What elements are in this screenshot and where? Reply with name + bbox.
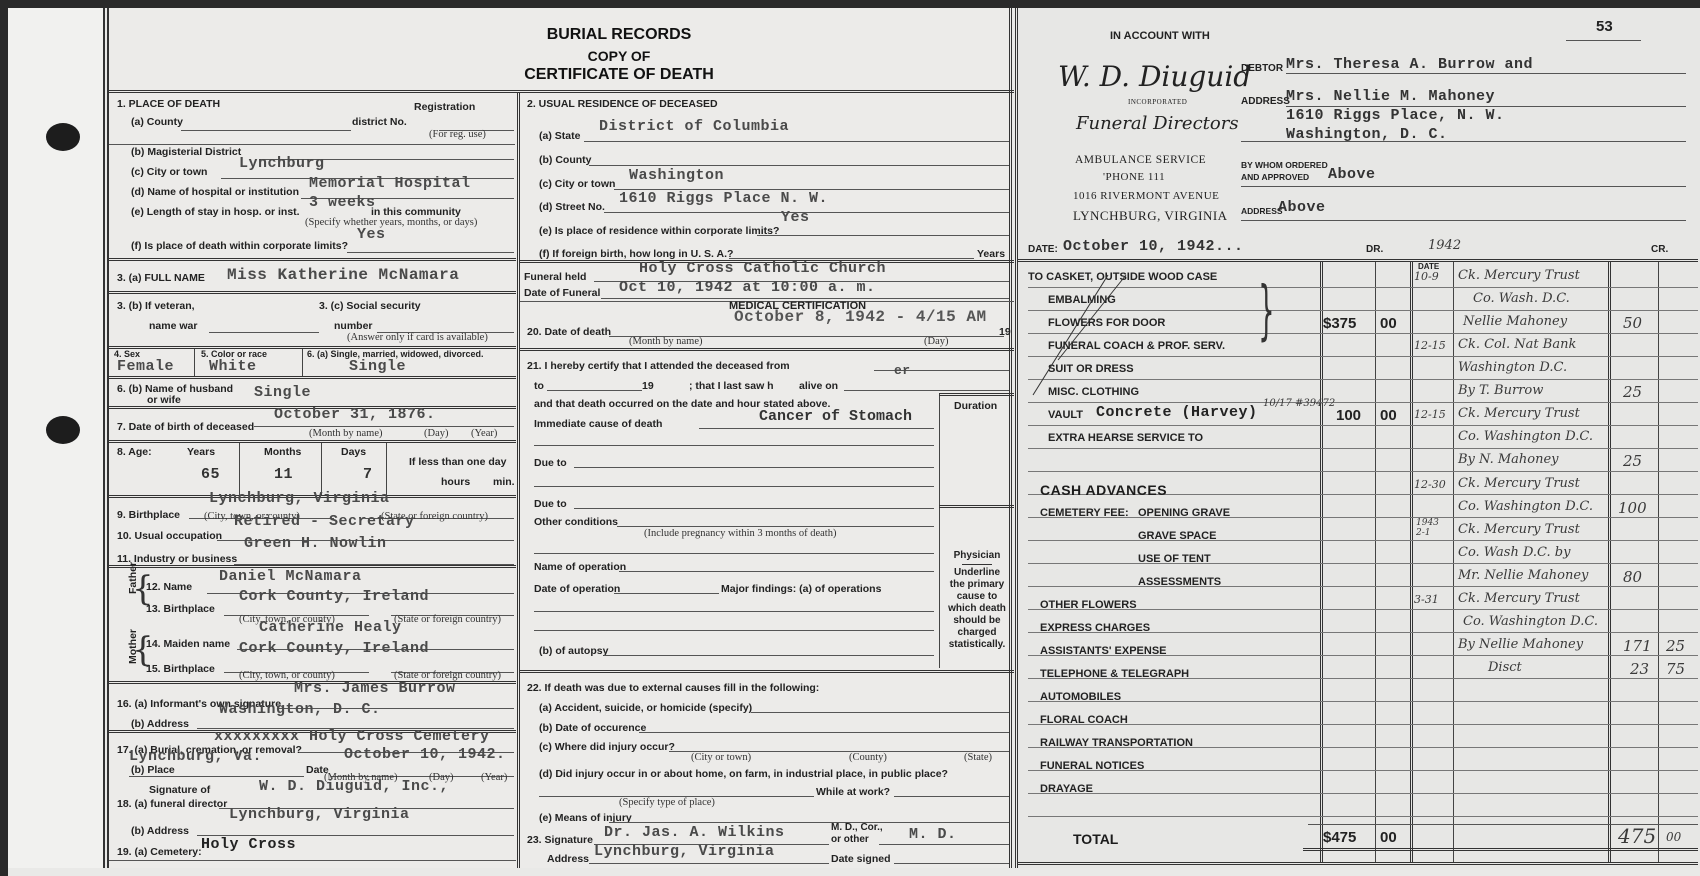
firm-incorporated: INCORPORATED xyxy=(1128,98,1187,106)
credit-amount: 25 xyxy=(1623,452,1642,470)
debtor-value: Mrs. Theresa A. Burrow and xyxy=(1286,56,1533,73)
birthplace-value: Lynchburg, Virginia xyxy=(209,490,390,507)
war-label: name war xyxy=(149,320,197,332)
stay-label: (e) Length of stay in hosp. or inst. xyxy=(131,206,300,218)
funeral-held-label: Funeral held xyxy=(524,271,586,283)
firm-phone: 'PHONE 111 xyxy=(1103,171,1165,183)
occupation-label: 10. Usual occupation xyxy=(117,530,222,542)
credit-desc: By N. Mahoney xyxy=(1458,452,1559,467)
residence-county-label: (b) County xyxy=(539,154,592,166)
credit-desc: Washington D.C. xyxy=(1458,360,1567,375)
credit-date: 12-30 xyxy=(1414,478,1446,491)
spouse-value: Single xyxy=(254,384,311,401)
title-certificate: CERTIFICATE OF DEATH xyxy=(419,66,819,84)
debtor-label: DEBTOR xyxy=(1241,63,1283,74)
total-label: TOTAL xyxy=(1073,831,1118,847)
district-label: district No. xyxy=(352,116,407,128)
document-scan: BURIAL RECORDS COPY OF CERTIFICATE OF DE… xyxy=(8,8,1700,876)
bracket-icon: } xyxy=(1258,271,1274,351)
advance-item: EXPRESS CHARGES xyxy=(1040,622,1150,634)
address-label: ADDRESS xyxy=(1241,96,1290,107)
ledger-rule xyxy=(1028,540,1698,541)
stay-note: (Specify whether years, months, or days) xyxy=(305,217,477,228)
credit-desc: Co. Washington D.C. xyxy=(1463,614,1598,629)
credit-date: 12-15 xyxy=(1414,339,1446,352)
punch-hole-icon xyxy=(46,123,80,151)
md-value: M. D. xyxy=(909,826,957,843)
op-date-label: Date of operation xyxy=(534,583,620,595)
address-line: Mrs. Nellie M. Mahoney xyxy=(1286,88,1495,105)
age-label: 8. Age: xyxy=(117,446,152,458)
spouse-label-2: or wife xyxy=(147,394,181,406)
md-label: M. D., Cor., xyxy=(831,822,883,833)
credit-date: 1943 2-1 xyxy=(1416,518,1446,538)
punch-hole-icon xyxy=(46,416,80,444)
director-label-2: 18. (a) funeral director xyxy=(117,798,227,810)
sub-month: (Month by name) xyxy=(309,428,383,439)
residence-corporate-label: (e) Is place of residence within corpora… xyxy=(539,225,779,237)
charge-item: EXTRA HEARSE SERVICE TO xyxy=(1048,432,1203,444)
date-signed-label: Date signed xyxy=(831,853,891,865)
dr-cents: 00 xyxy=(1380,407,1397,424)
advance-item: ASSISTANTS' EXPENSE xyxy=(1040,645,1167,657)
credit-desc: By T. Burrow xyxy=(1458,383,1543,398)
ordered-label: BY WHOM ORDERED xyxy=(1241,160,1328,170)
father-birthplace-value: Cork County, Ireland xyxy=(239,588,429,605)
external-a-label: (a) Accident, suicide, or homicide (spec… xyxy=(539,702,752,714)
sex-value: Female xyxy=(117,358,174,375)
physician-address-label: Address xyxy=(547,853,589,865)
city-label: (c) City or town xyxy=(131,166,207,178)
external-heading: 22. If death was due to external causes … xyxy=(527,682,819,694)
md-label-2: or other xyxy=(831,834,869,845)
autopsy-label: (b) of autopsy xyxy=(539,645,608,657)
total-dr-cents: 00 xyxy=(1380,829,1397,846)
age-days-value: 7 xyxy=(363,466,373,483)
sub-day: (Day) xyxy=(924,336,949,347)
ordered-value: Above xyxy=(1328,166,1376,183)
director-address-value: Lynchburg, Virginia xyxy=(229,806,410,823)
section-label: 1. PLACE OF DEATH xyxy=(117,98,220,110)
min-label: min. xyxy=(493,476,515,488)
advance-item: FUNERAL NOTICES xyxy=(1040,760,1144,772)
alive-label: alive on xyxy=(799,380,838,392)
ambulance-service: AMBULANCE SERVICE xyxy=(1075,154,1206,166)
residence-corporate-value: Yes xyxy=(781,209,810,226)
title-copy-of: COPY OF xyxy=(469,48,769,64)
street-value: 1610 Riggs Place N. W. xyxy=(619,190,828,207)
page-number: 53 xyxy=(1596,18,1613,35)
binding-stub xyxy=(8,8,105,868)
funeral-held-value: Holy Cross Catholic Church xyxy=(639,260,886,277)
director-value: W. D. Diuguid, Inc., xyxy=(259,778,449,795)
credit-cents: 75 xyxy=(1666,660,1685,678)
charge-item: VAULT xyxy=(1048,409,1083,421)
ledger-rule xyxy=(1028,701,1698,702)
credit-desc: Ck. Mercury Trust xyxy=(1458,268,1580,283)
father-birthplace-label: 13. Birthplace xyxy=(146,603,215,615)
advance-item: AUTOMOBILES xyxy=(1040,691,1121,703)
date-value: October 10, 1942... xyxy=(1063,238,1244,255)
stay-value: 3 weeks xyxy=(309,194,376,211)
burial-place-value: Lynchburg, Va. xyxy=(129,748,262,765)
findings-label: Major findings: (a) of operations xyxy=(721,583,881,595)
ledger-rule xyxy=(1028,471,1698,472)
county-label: (a) County xyxy=(131,116,183,128)
industry-value: Green H. Nowlin xyxy=(244,535,387,552)
credit-desc: Co. Wash. D.C. xyxy=(1473,291,1570,306)
sub-state: (State or foreign country) xyxy=(394,614,501,625)
strikethrough-icon xyxy=(1018,270,1138,400)
advance-sub: OPENING GRAVE xyxy=(1138,507,1230,519)
sub-month: (Month by name) xyxy=(629,336,703,347)
external-b-label: (b) Date of occurence xyxy=(539,722,646,734)
months-label: Months xyxy=(264,446,301,458)
sub-year: (Year) xyxy=(481,772,507,783)
reg-note: (For reg. use) xyxy=(429,129,486,140)
firm-tagline: Funeral Directors xyxy=(1076,113,1239,134)
informant-value: Mrs. James Burrow xyxy=(294,680,456,697)
credit-amount: 23 xyxy=(1630,660,1649,678)
credit-amount: 50 xyxy=(1623,314,1642,332)
informant-address-label: (b) Address xyxy=(131,718,189,730)
funeral-account: IN ACCOUNT WITH 53 W. D. Diuguid INCORPO… xyxy=(1015,8,1700,868)
city-value: Lynchburg xyxy=(239,155,325,172)
residence-city-label: (c) City or town xyxy=(539,178,615,190)
director-label: Signature of xyxy=(149,784,210,796)
mother-name-value: Catherine Healy xyxy=(259,619,402,636)
credit-desc: Ck. Mercury Trust xyxy=(1458,476,1580,491)
director-address-label: (b) Address xyxy=(131,825,189,837)
residence-section-label: 2. USUAL RESIDENCE OF DECEASED xyxy=(527,98,718,110)
year-label: 1942 xyxy=(1428,238,1461,253)
ledger-rule xyxy=(1028,724,1698,725)
sub-place: (Specify type of place) xyxy=(619,797,715,808)
credit-desc: Co. Washington D.C. xyxy=(1458,429,1593,444)
credit-desc: Ck. Mercury Trust xyxy=(1458,522,1580,537)
credit-amount: 171 xyxy=(1623,637,1652,655)
days-label: Days xyxy=(341,446,366,458)
cr-label: CR. xyxy=(1651,244,1668,255)
ledger-rule xyxy=(1028,586,1698,587)
hours-label: hours xyxy=(441,476,470,488)
address2-value: Above xyxy=(1278,199,1326,216)
marital-value: Single xyxy=(349,358,406,375)
years-suffix: Years xyxy=(977,248,1005,260)
hospital-label: (d) Name of hospital or institution xyxy=(131,186,299,198)
advance-item: CEMETERY FEE: xyxy=(1040,507,1129,519)
informant-address-value: Washington, D. C. xyxy=(219,701,381,718)
ledger-rule xyxy=(1028,563,1698,564)
physician-address-value: Lynchburg, Virginia xyxy=(594,843,775,860)
advance-sub: ASSESSMENTS xyxy=(1138,576,1221,588)
burial-place-label: (b) Place xyxy=(131,764,175,776)
physician-note: Physician Underline the primary cause to… xyxy=(941,550,1013,651)
father-name-label: 12. Name xyxy=(146,581,192,593)
dod-label: 20. Date of death xyxy=(527,326,611,338)
occupation-value: Retired - Secretary xyxy=(234,513,415,530)
dod-19: 19 xyxy=(999,326,1011,338)
years-label: Years xyxy=(187,446,215,458)
dr-amount: 100 xyxy=(1336,407,1361,424)
credit-date: 10-9 xyxy=(1414,270,1439,283)
physician-signature-value: Dr. Jas. A. Wilkins xyxy=(604,824,785,841)
advance-item: FLORAL COACH xyxy=(1040,714,1128,726)
due-to-label: Due to xyxy=(534,498,567,510)
to-19: 19 xyxy=(642,380,654,392)
other-note: (Include pregnancy within 3 months of de… xyxy=(644,528,836,539)
approved-label: AND APPROVED xyxy=(1241,172,1309,182)
address-line: 1610 Riggs Place, N. W. xyxy=(1286,107,1505,124)
certify-label: 21. I hereby certify that I attended the… xyxy=(527,360,790,372)
ledger-rule xyxy=(1028,793,1698,794)
race-value: White xyxy=(209,358,257,375)
street-label: (d) Street No. xyxy=(539,201,605,213)
firm-name: W. D. Diuguid xyxy=(1058,60,1251,93)
ledger-rule xyxy=(1028,402,1698,403)
dob-label: 7. Date of birth of deceased xyxy=(117,421,254,433)
credit-desc: Nellie Mahoney xyxy=(1463,314,1567,329)
total-cr: 475 xyxy=(1618,824,1656,848)
other-label: Other conditions xyxy=(534,516,618,528)
credit-desc: Co. Wash D.C. by xyxy=(1458,545,1570,560)
dr-amount: $375 xyxy=(1323,315,1356,332)
corporate-label: (f) Is place of death within corporate l… xyxy=(131,240,348,252)
physician-signature-label: 23. Signature xyxy=(527,834,593,846)
ssn-label: 3. (c) Social security xyxy=(319,300,421,312)
cause-label: Immediate cause of death xyxy=(534,418,662,430)
magisterial-label: (b) Magisterial District xyxy=(131,146,241,158)
advance-item: OTHER FLOWERS xyxy=(1040,599,1137,611)
sub-year: (Year) xyxy=(471,428,497,439)
total-cr-cents: 00 xyxy=(1666,830,1681,844)
advance-sub: GRAVE SPACE xyxy=(1138,530,1216,542)
due-to-label: Due to xyxy=(534,457,567,469)
firm-city: LYNCHBURG, VIRGINIA xyxy=(1073,208,1228,224)
credit-desc: Mr. Nellie Mahoney xyxy=(1458,568,1588,583)
advance-item: DRAYAGE xyxy=(1040,783,1093,795)
sub-city: (City or town) xyxy=(691,752,751,763)
foreign-label: (f) If foreign birth, how long in U. S. … xyxy=(539,248,733,260)
advance-sub: USE OF TENT xyxy=(1138,553,1211,565)
advance-item: RAILWAY TRANSPORTATION xyxy=(1040,737,1193,749)
external-c-label: (c) Where did injury occur? xyxy=(539,741,675,753)
credit-desc: Disct xyxy=(1488,660,1522,675)
last-saw-label: ; that I last saw h xyxy=(689,380,774,392)
external-d-label: (d) Did injury occur in or about home, o… xyxy=(539,768,948,780)
funeral-date-value: Oct 10, 1942 at 10:00 a. m. xyxy=(619,279,876,296)
full-name-value: Miss Katherine McNamara xyxy=(227,266,459,284)
ledger-rule xyxy=(1028,448,1698,449)
mother-name-label: 14. Maiden name xyxy=(146,638,230,650)
certify-mark: er xyxy=(894,363,911,378)
funeral-date-label: Date of Funeral xyxy=(524,287,600,299)
dob-value: October 31, 1876. xyxy=(274,406,436,423)
title-burial-records: BURIAL RECORDS xyxy=(469,26,769,44)
cash-advances-label: CASH ADVANCES xyxy=(1040,482,1167,498)
cemetery-value: Holy Cross xyxy=(201,836,296,853)
credit-desc: By Nellie Mahoney xyxy=(1458,637,1583,652)
ledger-rule xyxy=(1028,425,1698,426)
age-years-value: 65 xyxy=(201,466,220,483)
operation-label: Name of operation xyxy=(534,561,626,573)
to-label: to xyxy=(534,380,544,392)
firm-street: 1016 RIVERMONT AVENUE xyxy=(1073,190,1219,202)
burial-date-value: October 10, 1942. xyxy=(344,746,506,763)
state-label: (a) State xyxy=(539,130,580,142)
vault-note: 10/17 #39472 xyxy=(1263,398,1335,409)
duration-label: Duration xyxy=(954,400,997,412)
corporate-value: Yes xyxy=(357,226,386,243)
sub-county: (County) xyxy=(849,752,887,763)
lt-day-label: If less than one day xyxy=(409,456,506,468)
mother-birthplace-label: 15. Birthplace xyxy=(146,663,215,675)
hospital-value: Memorial Hospital xyxy=(309,175,471,192)
cemetery-label: 19. (a) Cemetery: xyxy=(117,846,202,858)
in-account-with: IN ACCOUNT WITH xyxy=(1110,30,1210,42)
full-name-label: 3. (a) FULL NAME xyxy=(117,272,205,284)
ssn-note: (Answer only if card is available) xyxy=(347,332,488,343)
dod-value: October 8, 1942 - 4/15 AM xyxy=(734,308,987,326)
father-name-value: Daniel McNamara xyxy=(219,568,362,585)
total-dr: $475 xyxy=(1323,829,1356,846)
death-certificate: BURIAL RECORDS COPY OF CERTIFICATE OF DE… xyxy=(107,8,1012,868)
ssn-number-label: number xyxy=(334,320,373,332)
residence-city-value: Washington xyxy=(629,167,724,184)
veteran-label: 3. (b) If veteran, xyxy=(117,300,195,312)
dr-cents: 00 xyxy=(1380,315,1397,332)
state-value: District of Columbia xyxy=(599,118,789,135)
credit-desc: Co. Washington D.C. xyxy=(1458,499,1593,514)
credit-amount: 100 xyxy=(1618,499,1647,517)
ledger-rule xyxy=(1028,816,1698,817)
vault-type: Concrete (Harvey) xyxy=(1096,404,1258,421)
burial-value: xxxxxxxxx Holy Cross Cemetery xyxy=(214,728,490,745)
advance-item: TELEPHONE & TELEGRAPH xyxy=(1040,668,1189,680)
credit-date: 12-15 xyxy=(1414,408,1446,421)
credit-cents: 25 xyxy=(1666,637,1685,655)
sub-state: (State) xyxy=(964,752,992,763)
credit-amount: 25 xyxy=(1623,383,1642,401)
credit-date: 3-31 xyxy=(1414,593,1439,606)
mother-birthplace-value: Cork County, Ireland xyxy=(239,640,429,657)
registration-label: Registration xyxy=(414,101,475,113)
credit-desc: Ck. Mercury Trust xyxy=(1458,406,1580,421)
credit-amount: 80 xyxy=(1623,568,1642,586)
credit-desc: Ck. Col. Nat Bank xyxy=(1458,337,1576,352)
credit-desc: Ck. Mercury Trust xyxy=(1458,591,1580,606)
age-months-value: 11 xyxy=(274,466,293,483)
cause-value: Cancer of Stomach xyxy=(759,408,912,425)
birthplace-label: 9. Birthplace xyxy=(117,509,180,521)
work-label: While at work? xyxy=(816,786,890,798)
address2-label: ADDRESS xyxy=(1241,206,1283,216)
sub-day: (Day) xyxy=(424,428,449,439)
date-label: DATE: xyxy=(1028,244,1058,255)
dr-label: DR. xyxy=(1366,244,1383,255)
